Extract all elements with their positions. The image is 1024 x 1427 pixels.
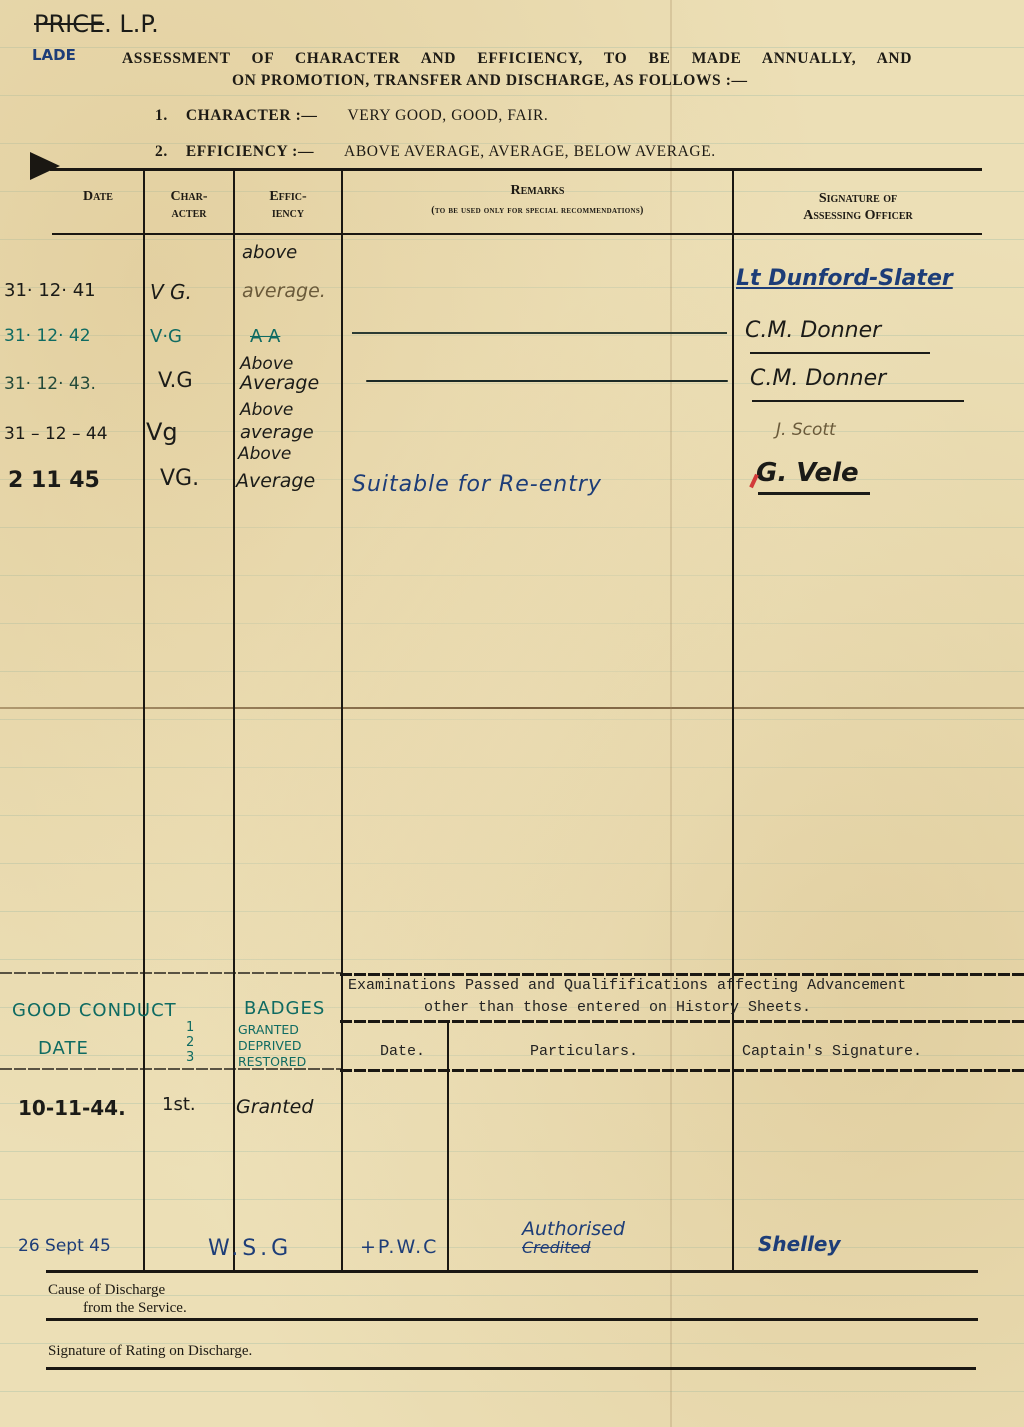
row4-signature: J. Scott <box>776 420 836 440</box>
bottom-entry-status-authorised: Authorised <box>522 1218 625 1240</box>
col-divider-4 <box>732 170 734 1270</box>
footer-rule-1 <box>46 1270 978 1273</box>
handwritten-corrected-name: LADE <box>32 46 76 64</box>
good-conduct-entry-date: 10-11-44. <box>18 1096 126 1120</box>
exam-header-bottom-rule <box>340 1069 1024 1072</box>
bottom-entry-date: 26 Sept 45 <box>18 1236 111 1256</box>
struck-surname: PRICE <box>34 10 104 38</box>
cause-of-discharge-label: Cause of Discharge from the Service. <box>48 1281 187 1317</box>
exam-col-captain-signature: Captain's Signature. <box>742 1043 922 1060</box>
legend-values: VERY GOOD, GOOD, FAIR. <box>347 107 548 124</box>
exam-heading-line2: other than those entered on History Shee… <box>424 999 811 1016</box>
bottom-entry-code: W.S.G <box>208 1236 292 1261</box>
row5-efficiency-line1: Above <box>238 444 291 464</box>
cause-line2: from the Service. <box>48 1299 187 1317</box>
form-title-line1: ASSESSMENT OF CHARACTER AND EFFICIENCY, … <box>122 50 912 68</box>
exam-col-particulars: Particulars. <box>530 1043 638 1060</box>
table-top-rule <box>50 168 982 171</box>
row3-character: V.G <box>158 368 193 392</box>
good-conduct-entry-status: Granted <box>236 1096 313 1118</box>
header-bottom-rule <box>52 233 982 235</box>
row1-character: V G. <box>150 280 192 304</box>
badge-number-list: 1 2 3 <box>186 1020 194 1065</box>
row1-efficiency-line2: average. <box>242 280 326 302</box>
row3-efficiency-line1: Above <box>240 354 293 374</box>
exam-heading-line1: Examinations Passed and Qualififications… <box>348 977 906 994</box>
col-header-character: Char-acter <box>145 188 233 222</box>
col-header-label: Effic- <box>269 189 306 204</box>
legend-character: 1.CHARACTER :—VERY GOOD, GOOD, FAIR. <box>155 107 548 125</box>
row3-remarks-dash <box>366 380 728 382</box>
legend-label: EFFICIENCY :— <box>186 143 314 160</box>
badges-heading: BADGES <box>244 998 325 1019</box>
cause-line1: Cause of Discharge <box>48 1281 187 1299</box>
col-header-efficiency: Effic-iency <box>235 188 341 222</box>
row4-date: 31 – 12 – 44 <box>4 424 108 444</box>
badge-status-option: DEPRIVED <box>238 1038 306 1054</box>
col-header-label: Assessing Officer <box>803 208 913 223</box>
col-header-label: iency <box>272 206 304 221</box>
exam-col-date: Date. <box>380 1043 425 1060</box>
col-header-label: Remarks <box>510 183 564 198</box>
row1-date: 31· 12· 41 <box>4 280 96 301</box>
row3-signature: C.M. Donner <box>750 366 886 391</box>
initials: . L.P. <box>104 10 159 38</box>
good-conduct-date-label: DATE <box>38 1038 89 1059</box>
row4-efficiency-line1: Above <box>240 400 293 420</box>
col-header-label: Signature of <box>819 191 897 206</box>
bottom-entry-code2: +P.W.C <box>360 1236 438 1258</box>
badge-number: 3 <box>186 1050 194 1065</box>
bottom-entry-signature: Shelley <box>758 1232 841 1256</box>
col-header-date: Date <box>55 188 141 205</box>
row4-efficiency-line2: average <box>240 422 314 443</box>
legend-number: 1. <box>155 107 168 124</box>
row5-remarks: Suitable for Re-entry <box>352 472 602 497</box>
badge-status-list: GRANTED DEPRIVED RESTORED <box>238 1022 306 1070</box>
row1-efficiency-line1: above <box>242 242 297 263</box>
row4-character: Vg <box>146 418 178 446</box>
exam-col-divider-1 <box>447 1021 449 1271</box>
col-header-sub: (to be used only for special recommendat… <box>343 202 732 219</box>
badge-number: 2 <box>186 1035 194 1050</box>
good-conduct-entry-badge: 1st. <box>162 1094 196 1115</box>
row5-signature: G. Vele <box>756 458 859 488</box>
row3-efficiency-line2: Average <box>240 372 319 394</box>
good-conduct-header-rule <box>0 1068 342 1070</box>
row5-character: VG. <box>160 466 199 491</box>
badge-status-option: GRANTED <box>238 1022 306 1038</box>
row3-date: 31· 12· 43. <box>4 374 96 394</box>
footer-rule-2 <box>46 1318 978 1321</box>
row5-signature-underline <box>758 492 870 495</box>
legend-label: CHARACTER :— <box>186 107 318 124</box>
row2-signature-underline <box>750 352 930 354</box>
row2-remarks-dash <box>352 332 727 334</box>
col-header-label: acter <box>171 206 206 221</box>
row5-efficiency-line2: Average <box>236 470 315 492</box>
col-header-label: Char- <box>171 189 208 204</box>
handwritten-name: PRICE. L.P. <box>34 10 159 38</box>
row2-date: 31· 12· 42 <box>4 326 91 346</box>
row3-signature-underline <box>752 400 964 402</box>
col-divider-3 <box>341 170 343 1270</box>
row1-signature: Lt Dunford-Slater <box>736 266 953 291</box>
row2-character: V·G <box>150 326 182 347</box>
row2-efficiency: A A <box>250 326 280 347</box>
form-title-line2: ON PROMOTION, TRANSFER AND DISCHARGE, AS… <box>232 72 748 90</box>
col-header-label: Date <box>83 189 113 204</box>
badge-number: 1 <box>186 1020 194 1035</box>
row2-signature: C.M. Donner <box>745 318 881 343</box>
corner-marker-icon <box>30 152 60 180</box>
legend-values: ABOVE AVERAGE, AVERAGE, BELOW AVERAGE. <box>344 143 716 160</box>
paper-fold-horizontal <box>0 707 1024 709</box>
exam-heading-rule <box>340 1020 1024 1023</box>
col-header-signature: Signature ofAssessing Officer <box>734 190 982 224</box>
footer-rule-3 <box>46 1367 976 1370</box>
col-divider-1 <box>143 170 145 1270</box>
col-divider-2 <box>233 170 235 1270</box>
good-conduct-top-rule <box>0 972 342 974</box>
row5-date: 2 11 45 <box>8 468 100 493</box>
bottom-entry-status-credited: Credited <box>522 1238 590 1257</box>
legend-efficiency: 2.EFFICIENCY :—ABOVE AVERAGE, AVERAGE, B… <box>155 143 716 161</box>
legend-number: 2. <box>155 143 168 160</box>
good-conduct-heading: GOOD CONDUCT <box>12 1000 177 1021</box>
exam-top-rule <box>340 973 1024 976</box>
signature-of-rating-label: Signature of Rating on Discharge. <box>48 1342 252 1360</box>
col-header-remarks: Remarks(to be used only for special reco… <box>343 182 732 219</box>
